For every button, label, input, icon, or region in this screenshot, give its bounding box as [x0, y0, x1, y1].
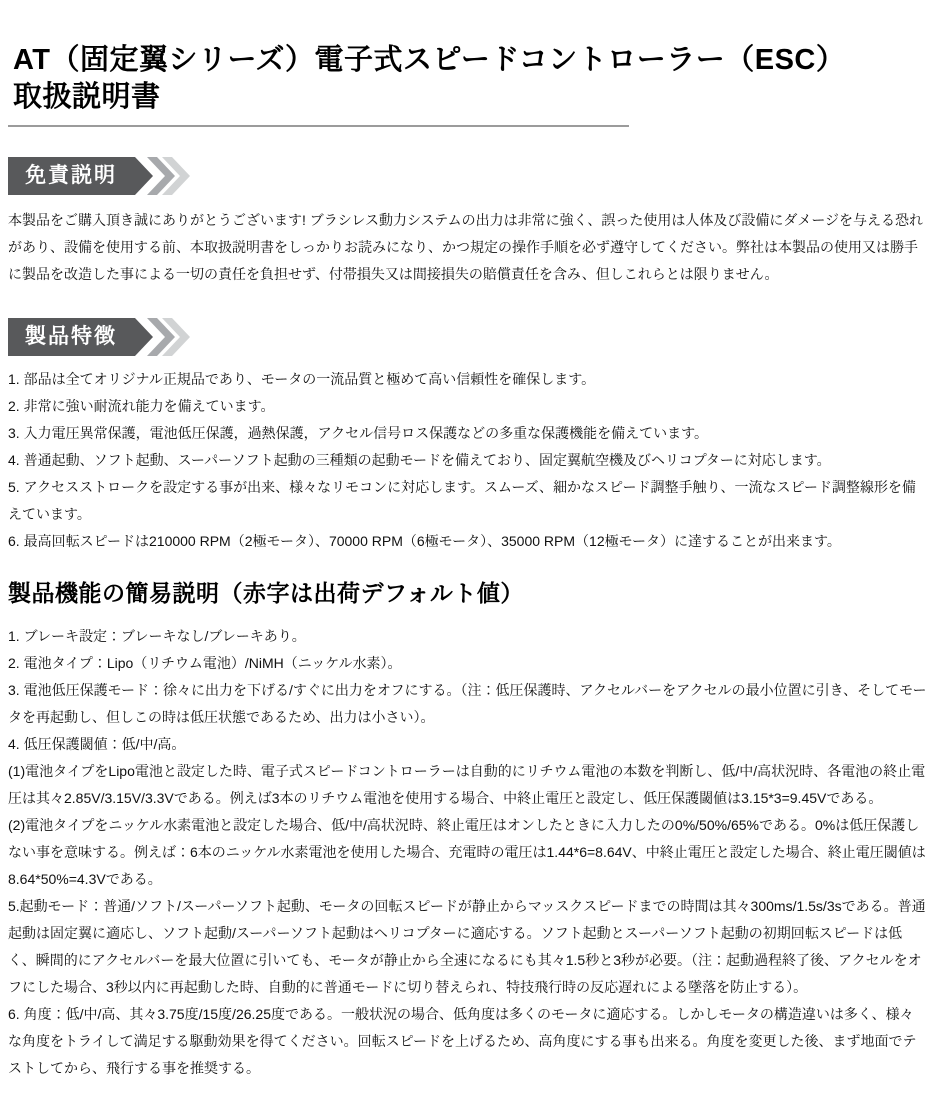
function-item: 5.起動モード：普通/ソフト/スーパーソフト起動、モータの回転スピードが静止から… — [8, 893, 927, 1001]
feature-item: 1. 部品は全てオリジナル正規品であり、モータの一流品質と極めて高い信頼性を確保… — [8, 366, 927, 393]
features-section-banner: 製品特徴 — [8, 318, 927, 356]
features-banner-label: 製品特徴 — [8, 318, 153, 356]
feature-item: 5. アクセスストロークを設定する事が出来、様々なリモコンに対応します。スムーズ… — [8, 474, 927, 528]
functions-list: 1. ブレーキ設定：ブレーキなし/ブレーキあり。 2. 電池タイプ：Lipo（リ… — [8, 623, 927, 1082]
functions-section-heading: 製品機能の簡易説明（赤字は出荷デフォルト値） — [8, 575, 927, 608]
page-title-line1: AT（固定翼シリーズ）電子式スピードコントローラー（ESC） — [13, 42, 927, 79]
function-item: 6. 角度：低/中/高、其々3.75度/15度/26.25度である。一般状況の場… — [8, 1001, 927, 1082]
function-item: (2)電池タイプをニッケル水素電池と設定した場合、低/中/高状況時、終止電圧はオ… — [8, 812, 927, 893]
feature-item: 4. 普通起動、ソフト起動、スーパーソフト起動の三種類の起動モードを備えており、… — [8, 447, 927, 474]
disclaimer-paragraph: 本製品をご購入頂き誠にありがとうございます! ブラシレス動力システムの出力は非常… — [8, 207, 927, 288]
manual-page: AT（固定翼シリーズ）電子式スピードコントローラー（ESC） 取扱説明書 免責説… — [0, 0, 940, 1102]
function-item: (1)電池タイプをLipo電池と設定した時、電子式スピードコントローラーは自動的… — [8, 758, 927, 812]
function-item: 2. 電池タイプ：Lipo（リチウム電池）/NiMH（ニッケル水素）。 — [8, 650, 927, 677]
disclaimer-banner-label: 免責説明 — [8, 157, 153, 195]
features-list: 1. 部品は全てオリジナル正規品であり、モータの一流品質と極めて高い信頼性を確保… — [8, 366, 927, 555]
page-title: AT（固定翼シリーズ）電子式スピードコントローラー（ESC） 取扱説明書 — [13, 42, 927, 116]
page-title-line2: 取扱説明書 — [13, 79, 927, 116]
function-item: 3. 電池低圧保護モード：徐々に出力を下げる/すぐに出力をオフにする。（注：低圧… — [8, 677, 927, 731]
function-item: 4. 低圧保護閾値：低/中/高。 — [8, 731, 927, 758]
disclaimer-section-banner: 免責説明 — [8, 157, 927, 195]
feature-item: 3. 入力電圧異常保護，電池低圧保護，過熱保護，アクセル信号ロス保護などの多重な… — [8, 420, 927, 447]
feature-item: 2. 非常に強い耐流れ能力を備えています。 — [8, 393, 927, 420]
title-underline-rule — [8, 125, 629, 127]
function-item: 1. ブレーキ設定：ブレーキなし/ブレーキあり。 — [8, 623, 927, 650]
feature-item: 6. 最高回転スピードは210000 RPM（2極モータ）、70000 RPM（… — [8, 528, 927, 555]
